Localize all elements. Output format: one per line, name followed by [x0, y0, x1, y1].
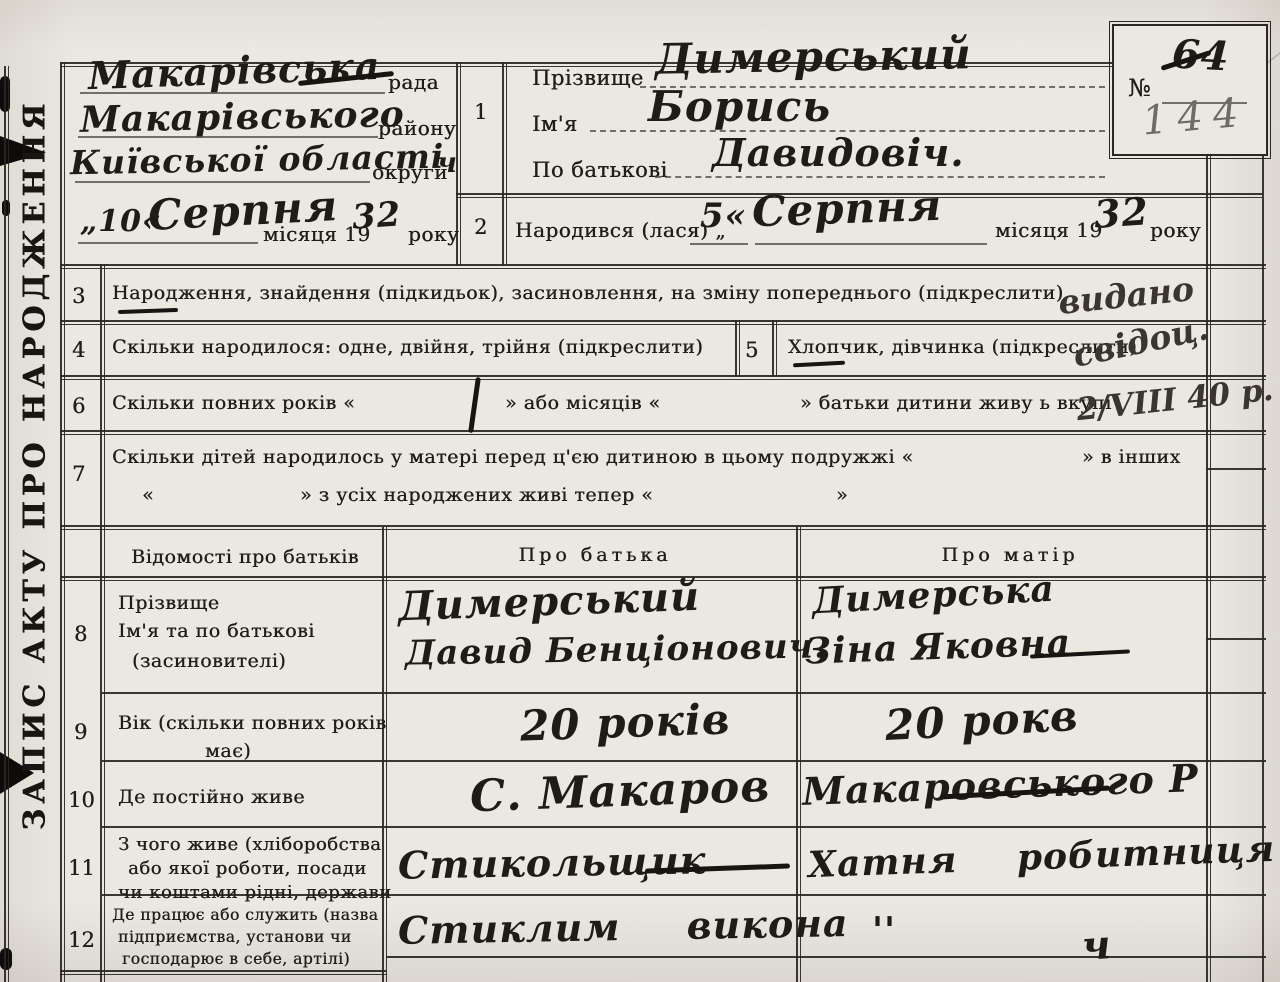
child-patronymic-handwritten: Давидовіч. [712, 130, 965, 175]
row-number: 10 [68, 788, 95, 812]
row-number: 1 [474, 100, 487, 124]
grid-line [735, 320, 740, 377]
record-number-pencil: 144 [1140, 89, 1250, 144]
parents-info-header: Відомості про батьків [110, 546, 380, 568]
father-occupation-handwritten: Стикольщик [398, 837, 707, 887]
child-firstname-handwritten: Борись [648, 82, 831, 131]
district-name-handwritten: Макарівського [80, 93, 405, 141]
age-label: має) [205, 740, 251, 762]
workplace-label: підприємства, установи чи [118, 928, 352, 946]
grid-line [60, 525, 1266, 530]
age-handwritten-stroke [468, 377, 481, 433]
council-name-handwritten: Макарівська [87, 43, 381, 98]
patronymic-label: По батькові [532, 158, 668, 182]
fill-line [78, 242, 258, 244]
vertical-form-title: ЗАПИС АКТУ ПРО НАРОДЖЕННЯ [18, 171, 53, 831]
living-children-text: » з усіх народжених живі тепер « [300, 484, 653, 506]
row-number: 9 [74, 720, 87, 744]
row-number: 7 [72, 462, 85, 486]
multiple-birth-text: Скільки народилося: одне, двійня, трійня… [112, 336, 703, 358]
row-number: 3 [72, 284, 85, 308]
fill-line [755, 243, 987, 245]
parents-name-label: (засиновителі) [132, 650, 286, 672]
father-residence-handwritten: С. Макаров [469, 761, 771, 822]
mother-residence-handwritten: Макаровського Р [801, 755, 1199, 814]
fill-line [690, 243, 748, 245]
age-months-text: » або місяців « [505, 392, 661, 414]
father-age-handwritten: 20 років [519, 694, 731, 750]
occupation-label: або якої роботи, посади [128, 858, 367, 879]
age-years-text: Скільки повних років « [112, 392, 355, 414]
birthdate-mid-label: місяця 19 [995, 218, 1103, 242]
grid-line [60, 62, 65, 982]
grid-line [60, 970, 386, 975]
grid-line [1206, 638, 1266, 640]
surname-label: Прізвище [532, 66, 644, 90]
father-surname-handwritten: Димерський [397, 573, 701, 631]
birth-type-text: Народження, знайдення (підкидьок), засин… [112, 282, 1064, 304]
grid-line [502, 62, 507, 266]
grid-line [102, 826, 1266, 828]
council-label: рада [388, 70, 439, 94]
record-date-end-label: року [408, 222, 459, 246]
grid-line [60, 320, 1266, 325]
mother-column-header: Про матір [895, 544, 1125, 566]
hand-underline [793, 361, 845, 368]
occupation-label: чи коштами рідні, держави [118, 882, 392, 903]
grid-line [60, 430, 1266, 435]
birth-month-handwritten: Серпня [751, 181, 943, 237]
fill-line [80, 92, 385, 94]
grid-line [386, 956, 1266, 958]
parents-name-label: Ім'я та по батькові [118, 620, 315, 642]
workplace-label: Де працює або служить (назва [112, 906, 378, 924]
mother-name-handwritten: Зіна Яковна [804, 621, 1071, 672]
workplace-label: господарює в себе, артілі) [122, 950, 350, 968]
grid-line [1206, 468, 1266, 470]
page-edge-line [4, 66, 9, 982]
row-number: 12 [68, 928, 95, 952]
father-column-header: Про батька [470, 544, 720, 566]
age-label: Вік (скільки повних років [118, 712, 387, 734]
prior-children-text-end: » в інших [1082, 446, 1181, 468]
grid-line [60, 264, 1266, 269]
pen-tail-handwritten: ч [1080, 921, 1113, 970]
child-surname-handwritten: Димерський [655, 29, 972, 84]
grid-line [60, 375, 1266, 380]
row-number: 2 [474, 215, 487, 239]
mother-workplace-ditto-handwritten: '' [872, 910, 896, 952]
row-number: 8 [74, 622, 87, 646]
pen-tail-handwritten: ч [437, 146, 458, 179]
mother-age-handwritten: 20 рокв [884, 691, 1080, 750]
birth-year-handwritten: 32 [1092, 188, 1150, 237]
quote-mark: » [836, 484, 848, 506]
grid-line [100, 264, 105, 982]
father-name-handwritten: Давид Бенціонович. [405, 626, 827, 673]
birth-record-form: ЗАПИС АКТУ ПРО НАРОДЖЕННЯ Макарівська ра… [0, 0, 1280, 982]
birth-day-handwritten: 5« [700, 196, 747, 236]
occupation-label: З чого живе (хліборобства [118, 834, 381, 855]
annotation-handwritten: 2/VІІІ 40 р. [1075, 372, 1275, 428]
grid-line [382, 527, 387, 982]
firstname-label: Ім'я [532, 112, 578, 136]
fill-line [78, 136, 378, 138]
record-year-handwritten: 32 [351, 194, 403, 237]
row-number: 6 [72, 394, 85, 418]
prior-children-text: Скільки дітей народилось у матері перед … [112, 446, 914, 468]
row-number: 4 [72, 338, 85, 362]
parents-name-label: Прізвище [118, 592, 219, 614]
row-number: 5 [745, 338, 758, 362]
grid-line [772, 320, 777, 377]
quote-mark: « [142, 484, 154, 506]
row-number: 11 [68, 856, 95, 880]
birthdate-end-label: року [1150, 218, 1201, 242]
parents-together-text: » батьки дитини живу ь вкупі [800, 392, 1112, 414]
grid-line [102, 692, 1266, 694]
hand-underline [118, 308, 178, 314]
residence-label: Де постійно живе [118, 786, 305, 808]
birthdate-label: Народився (лася) „ [515, 218, 726, 242]
father-workplace-handwritten: Стиклим викона [398, 900, 849, 953]
